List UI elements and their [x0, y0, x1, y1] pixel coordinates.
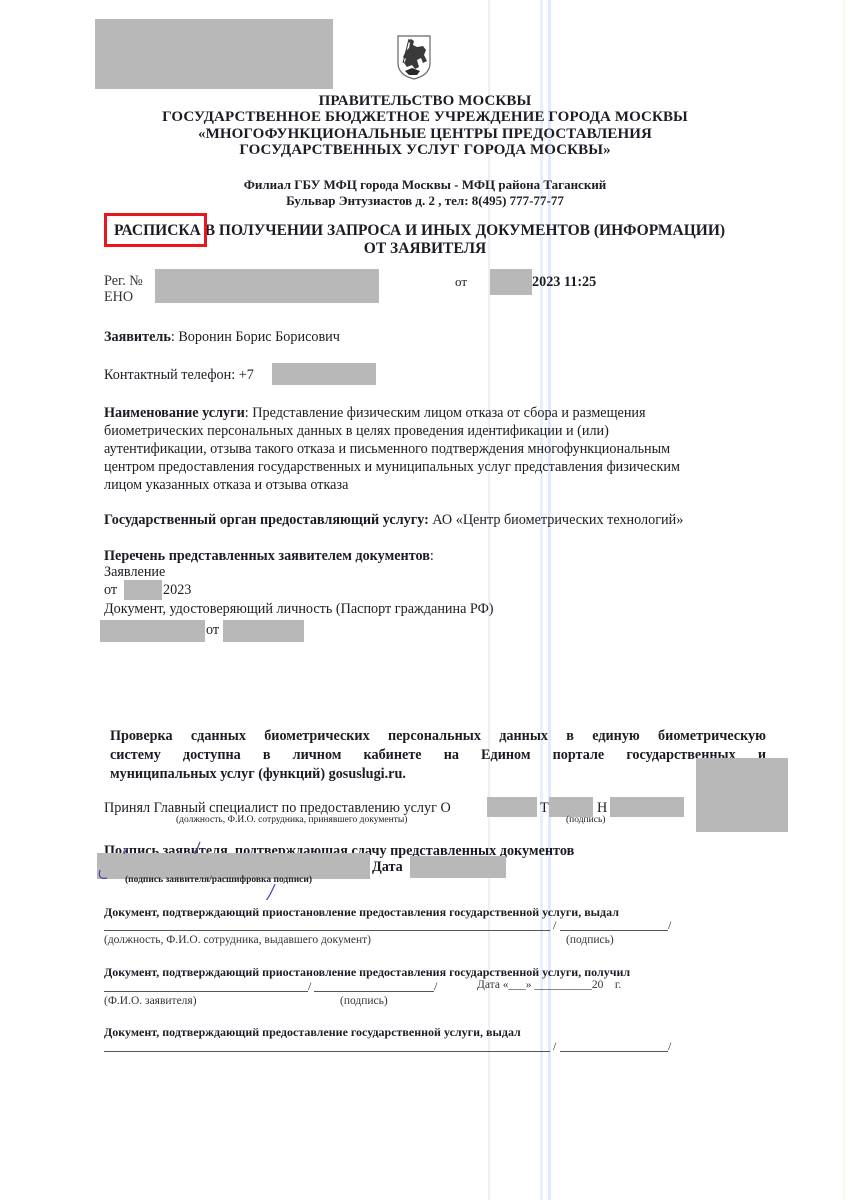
separator-slash: /: [668, 1039, 671, 1054]
service-line-1: Наименование услуги: Представление физич…: [104, 404, 646, 422]
document-title-line-2: ОТ ЗАЯВИТЕЛЯ: [0, 240, 850, 258]
applicant-date-label: Дата: [372, 858, 403, 876]
applicant-label: Заявитель: [104, 329, 171, 345]
moscow-coat-of-arms-icon: [395, 33, 433, 81]
doc-2-name: Документ, удостоверяющий личность (Паспо…: [104, 600, 494, 618]
applicant-name: : Воронин Борис Борисович: [171, 329, 340, 345]
redacted-applicant-date: [410, 856, 506, 878]
suspension-issued-signature-field[interactable]: [560, 930, 668, 931]
separator-slash: /: [553, 1039, 556, 1054]
suspension-issued-position-field[interactable]: [104, 930, 550, 931]
redacted-stamp: [696, 758, 788, 832]
applicant-line: Заявитель: Воронин Борис Борисович: [104, 328, 340, 346]
service-line-3: аутентификации, отзыва такого отказа и п…: [104, 440, 670, 458]
separator-slash: /: [434, 979, 437, 994]
service-text: : Представление физическим лицом отказа …: [245, 405, 646, 421]
branch-name: Филиал ГБУ МФЦ города Москвы - МФЦ район…: [0, 176, 850, 193]
authority-label: Государственный орган предоставляющий ус…: [104, 512, 429, 528]
reg-date-time: 2023 11:25: [532, 273, 596, 291]
notice-line-2: систему доступна в личном кабинете на Ед…: [110, 746, 766, 764]
phone-label: Контактный телефон: +7: [104, 366, 254, 384]
doc-1-year: 2023: [163, 581, 191, 599]
doc-2-from: от: [206, 621, 219, 639]
documents-label: Перечень представленных заявителем докум…: [104, 548, 430, 564]
doc-1-name: Заявление: [104, 563, 165, 581]
date-from-label: от: [455, 273, 467, 291]
redacted-name-3: [610, 797, 684, 817]
separator-slash: /: [668, 918, 671, 933]
provision-issued-position-field[interactable]: [104, 1051, 550, 1052]
accepted-initial-2: Т: [540, 799, 549, 817]
notice-line-1: Проверка сданных биометрических персонал…: [110, 727, 766, 745]
provision-issued-title: Документ, подтверждающий предоставление …: [104, 1025, 521, 1040]
redacted-block: [95, 19, 333, 89]
authority-value: АО «Центр биометрических технологий»: [429, 512, 683, 528]
suspension-received-caption-signature: (подпись): [340, 995, 388, 1007]
redacted-phone: [272, 363, 376, 385]
redacted-passport-date: [223, 620, 304, 642]
redacted-name-2: [549, 797, 593, 817]
branch-address: Бульвар Энтузиастов д. 2 , тел: 8(495) 7…: [0, 192, 850, 209]
redacted-passport-number: [100, 620, 205, 642]
doc-1-from: от: [104, 581, 117, 599]
documents-colon: :: [430, 548, 434, 564]
suspension-issued-title: Документ, подтверждающий приостановление…: [104, 905, 619, 920]
redacted-reg-number: [155, 269, 379, 303]
eno-label: ЕНО: [104, 288, 133, 306]
authority-line: Государственный орган предоставляющий ус…: [104, 511, 683, 529]
suspension-received-caption-name: (Ф.И.О. заявителя): [104, 995, 197, 1007]
redacted-name-1: [487, 797, 537, 817]
suspension-issued-caption-signature: (подпись): [566, 934, 614, 946]
service-line-2: биометрических персональных данных в цел…: [104, 422, 609, 440]
handwritten-signature-icon: [95, 840, 295, 900]
accepted-caption-signature: (подпись): [566, 815, 605, 825]
service-line-5: лицом указанных отказа и отзыва отказа: [104, 476, 348, 494]
service-line-4: центром предоставления государственных и…: [104, 458, 680, 476]
provision-issued-signature-field[interactable]: [560, 1051, 668, 1052]
accepted-caption-position: (должность, Ф.И.О. сотрудника, принявшег…: [176, 815, 407, 825]
title-rest: В ПОЛУЧЕНИИ ЗАПРОСА И ИНЫХ ДОКУМЕНТОВ (И…: [205, 222, 725, 239]
suspension-received-signature-field[interactable]: [314, 991, 434, 992]
service-label: Наименование услуги: [104, 405, 245, 421]
separator-slash: /: [553, 918, 556, 933]
suspension-received-title: Документ, подтверждающий приостановление…: [104, 965, 630, 980]
separator-slash: /: [308, 979, 311, 994]
notice-line-3: муниципальных услуг (функций) gosuslugi.…: [110, 765, 406, 783]
suspension-received-name-field[interactable]: [104, 991, 308, 992]
redacted-doc-1-date: [124, 580, 162, 600]
org-line-4: ГОСУДАРСТВЕННЫХ УСЛУГ ГОРОДА МОСКВЫ»: [0, 141, 850, 159]
org-line-2: ГОСУДАРСТВЕННОЕ БЮДЖЕТНОЕ УЧРЕЖДЕНИЕ ГОР…: [0, 108, 850, 126]
suspension-issued-caption-position: (должность, Ф.И.О. сотрудника, выдавшего…: [104, 934, 371, 946]
redacted-date: [490, 269, 532, 295]
suspension-received-date[interactable]: Дата «___» __________20 г.: [477, 979, 621, 991]
